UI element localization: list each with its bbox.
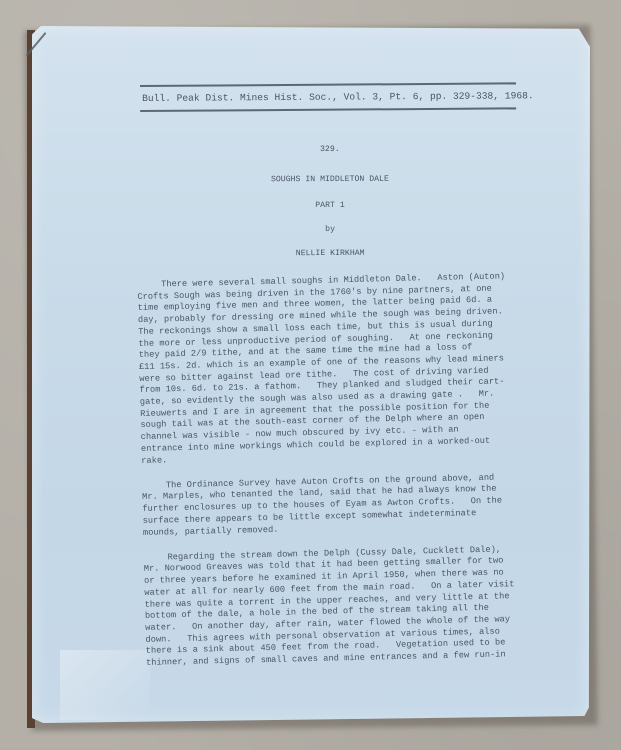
byline-by: by <box>200 225 460 235</box>
article-part: PART 1 <box>200 201 460 211</box>
paragraph: Regarding the stream down the Delph (Cus… <box>143 543 576 670</box>
paragraph: There were several small soughs in Middl… <box>137 270 571 467</box>
citation-block: Bull. Peak Dist. Mines Hist. Soc., Vol. … <box>140 82 516 112</box>
article-body: There were several small soughs in Middl… <box>137 270 576 683</box>
heading-block: 329. SOUGHS IN MIDDLETON DALE PART 1 by … <box>200 145 460 259</box>
citation: Bull. Peak Dist. Mines Hist. Soc., Vol. … <box>140 84 516 110</box>
author-name: NELLIE KIRKHAM <box>200 249 460 259</box>
page-number: 329. <box>200 145 460 155</box>
paragraph: The Ordinance Survey have Auton Crofts o… <box>142 471 573 540</box>
article-title: SOUGHS IN MIDDLETON DALE <box>200 175 460 185</box>
